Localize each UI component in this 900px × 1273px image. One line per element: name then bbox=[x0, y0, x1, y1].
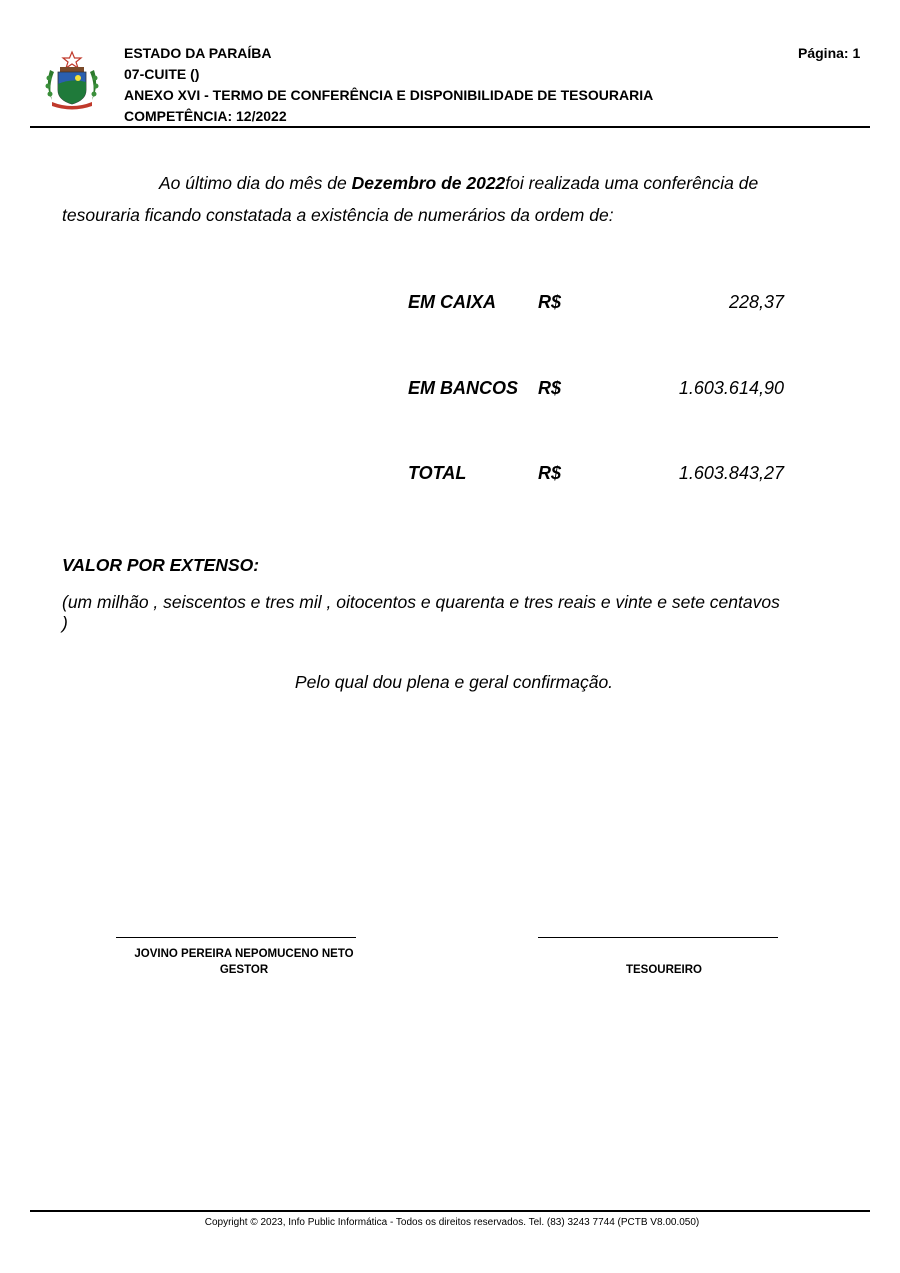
page-number: Página: 1 bbox=[798, 43, 860, 64]
intro-line-1: Ao último dia do mês de Dezembro de 2022… bbox=[159, 173, 758, 194]
amount-currency-total: R$ bbox=[538, 463, 561, 484]
amount-in-words-title: VALOR POR EXTENSO: bbox=[62, 555, 259, 576]
entity-name: 07-CUITE () bbox=[124, 64, 653, 85]
amount-label-total: TOTAL bbox=[408, 463, 466, 484]
intro-prefix: Ao último dia do mês de bbox=[159, 173, 352, 193]
signature-line-gestor bbox=[116, 937, 356, 938]
signer-role: GESTOR bbox=[104, 962, 384, 978]
signature-block-tesoureiro: TESOUREIRO bbox=[524, 946, 804, 978]
amount-value-caixa: 228,37 bbox=[584, 292, 784, 313]
intro-line-2: tesouraria ficando constatada a existênc… bbox=[62, 205, 614, 226]
intro-suffix: foi realizada uma conferência de bbox=[505, 173, 758, 193]
intro-period: Dezembro de 2022 bbox=[352, 173, 506, 193]
header-divider bbox=[30, 126, 870, 128]
signer-name bbox=[524, 946, 804, 962]
amount-value-bancos: 1.603.614,90 bbox=[584, 378, 784, 399]
signer-role: TESOUREIRO bbox=[524, 962, 804, 978]
state-name: ESTADO DA PARAÍBA bbox=[124, 43, 653, 64]
document-header: ESTADO DA PARAÍBA 07-CUITE () ANEXO XVI … bbox=[124, 43, 653, 127]
signature-line-tesoureiro bbox=[538, 937, 778, 938]
signer-name: JOVINO PEREIRA NEPOMUCENO NETO bbox=[104, 946, 384, 962]
confirmation-statement: Pelo qual dou plena e geral confirmação. bbox=[0, 672, 900, 693]
signature-block-gestor: JOVINO PEREIRA NEPOMUCENO NETO GESTOR bbox=[104, 946, 384, 978]
amount-label-caixa: EM CAIXA bbox=[408, 292, 496, 313]
footer-divider bbox=[30, 1210, 870, 1212]
footer-copyright: Copyright © 2023, Info Public Informátic… bbox=[0, 1217, 900, 1228]
amount-in-words-text: (um milhão , seiscentos e tres mil , oit… bbox=[62, 592, 782, 634]
amount-currency-bancos: R$ bbox=[538, 378, 561, 399]
coat-of-arms-icon bbox=[42, 50, 102, 110]
document-title: ANEXO XVI - TERMO DE CONFERÊNCIA E DISPO… bbox=[124, 85, 653, 106]
amount-currency-caixa: R$ bbox=[538, 292, 561, 313]
competence-period: COMPETÊNCIA: 12/2022 bbox=[124, 106, 653, 127]
amount-value-total: 1.603.843,27 bbox=[584, 463, 784, 484]
amount-label-bancos: EM BANCOS bbox=[408, 378, 518, 399]
